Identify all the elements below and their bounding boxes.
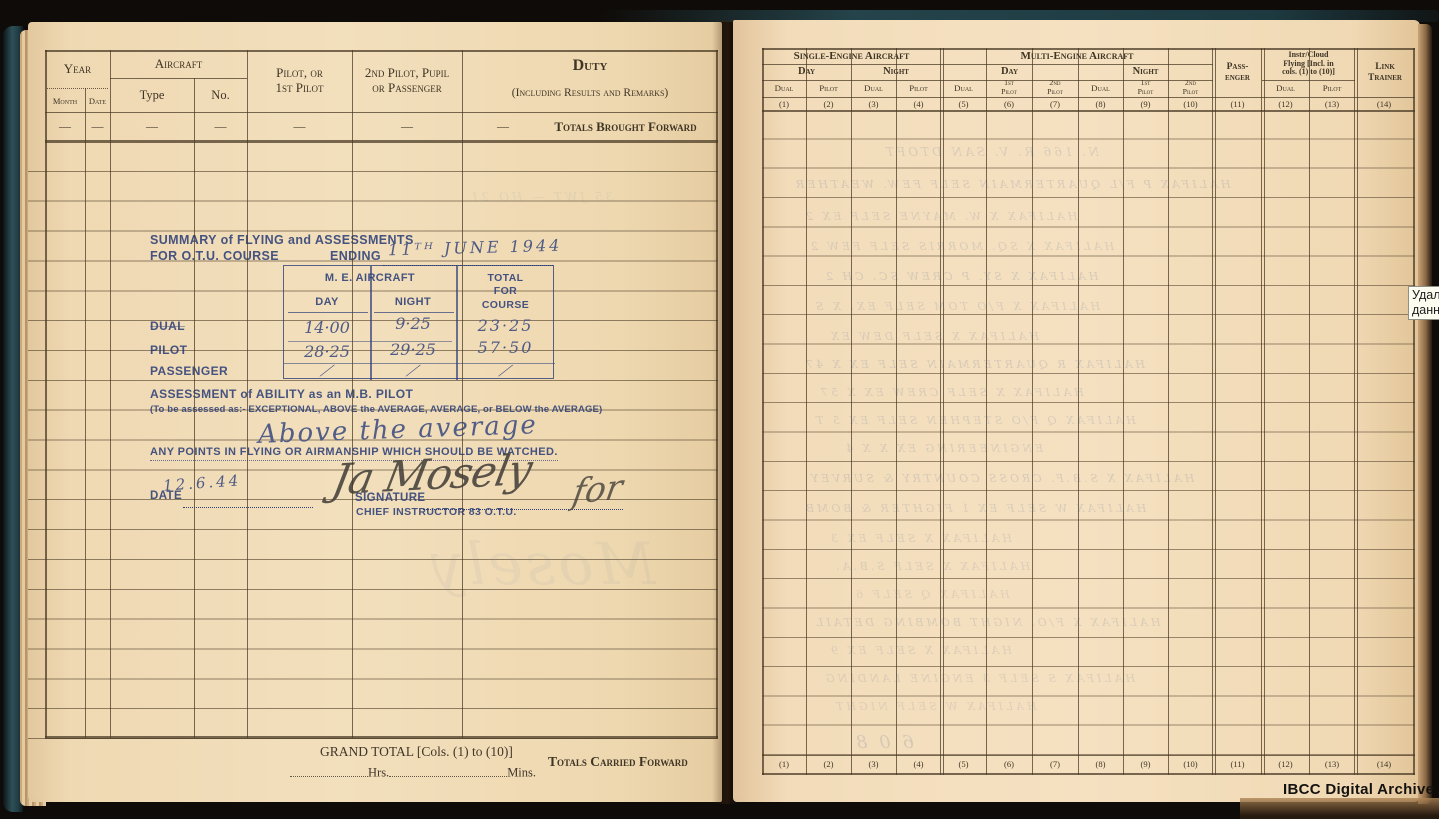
grid-line <box>851 48 852 775</box>
summary-col-night: NIGHT <box>370 294 456 310</box>
col-header-aircraft: Aircraft <box>110 50 247 78</box>
summary-col-total: TOTAL FOR COURSE <box>456 268 555 316</box>
mins-label: Mins. <box>507 766 536 780</box>
footer-col-number: (2) <box>806 757 851 771</box>
bleedthrough-text: HALIFAX X SELF EX 9 <box>828 644 1012 657</box>
footer-col-number: (10) <box>1168 757 1213 771</box>
date-dotted-line <box>183 492 313 508</box>
grid-line <box>45 112 718 113</box>
grid-line <box>762 773 1415 775</box>
summary-table: M. E. AIRCRAFT DAY NIGHT TOTAL FOR COURS… <box>283 265 554 379</box>
bleedthrough-text: 6 0 8 <box>853 732 914 753</box>
grid-line <box>762 80 1213 81</box>
bleedthrough-text: HALIFAX X SELF EX 3 <box>828 532 1012 545</box>
grid-line <box>762 64 1213 65</box>
grid-line <box>1078 48 1079 775</box>
col-number: (2) <box>806 97 851 111</box>
grid-line <box>1212 48 1216 775</box>
grid-line <box>85 88 86 738</box>
summary-passenger-total: ⁄ <box>452 362 559 380</box>
tooltip-line-2: данн <box>1412 303 1439 318</box>
footer-col-number: (4) <box>896 757 941 771</box>
grid-line <box>762 48 764 775</box>
col-number: (11) <box>1213 97 1262 111</box>
grid-line <box>1123 48 1124 775</box>
grid-line <box>762 97 1415 98</box>
grid-line <box>247 50 248 738</box>
logbook-right-page: Single-Engine Aircraft Multi-Engine Airc… <box>733 20 1420 802</box>
footer-col-number: (9) <box>1123 757 1168 771</box>
hrs-dotted-line <box>290 764 368 777</box>
grid-line <box>1354 48 1358 775</box>
grid-line <box>462 50 463 738</box>
col-number: (14) <box>1355 97 1413 111</box>
tbf-dash: — <box>473 114 533 140</box>
col-label-6: 1st Pilot <box>986 79 1032 97</box>
summary-col-group: M. E. AIRCRAFT <box>284 268 456 288</box>
footer-col-number: (12) <box>1262 757 1309 771</box>
grid-line <box>762 755 1415 756</box>
bleedthrough-text: HALIFAX W SELF NIGHT <box>833 700 1037 713</box>
footer-col-number: (14) <box>1355 757 1413 771</box>
grid-line <box>1168 48 1169 775</box>
col-header-no: No. <box>194 78 247 112</box>
summary-pilot-day: 28·25 <box>284 340 370 364</box>
footer-col-number: (13) <box>1309 757 1355 771</box>
footer-col-number: (7) <box>1032 757 1078 771</box>
grid-line <box>806 48 807 775</box>
tbf-dash: — <box>352 114 462 140</box>
grid-line <box>896 48 897 775</box>
col-header-2nd-pilot: 2nd Pilot, Pupil or Passenger <box>352 50 462 112</box>
grid-line <box>45 140 718 143</box>
summary-passenger-night: ⁄ <box>366 362 460 380</box>
col-number: (12) <box>1262 97 1309 111</box>
col-label-3: Dual <box>851 80 896 97</box>
summary-dual-night: 9·25 <box>370 312 456 336</box>
grid-line <box>1262 80 1355 81</box>
bleedthrough-text: HALIFAX S SELF 3 ENGINE LANDING <box>823 672 1135 685</box>
col-header-duty-sub: (Including Results and Remarks) <box>462 80 718 106</box>
col-label-2: Pilot <box>806 80 851 97</box>
summary-pilot-night: 29·25 <box>370 338 456 362</box>
tbf-dash: — <box>85 114 110 140</box>
col-number: (5) <box>941 97 986 111</box>
col-label-4: Pilot <box>896 80 941 97</box>
col-number: (10) <box>1168 97 1213 111</box>
scanned-logbook-photo: Year Month Date Aircraft Type No. Pilot,… <box>0 0 1439 819</box>
totals-brought-forward-label: Totals Brought Forward <box>533 114 718 140</box>
col-label-9: 1st Pilot <box>1123 79 1168 97</box>
col-number: (7) <box>1032 97 1078 111</box>
grid-line <box>45 50 718 52</box>
col-label-5: Dual <box>941 80 986 97</box>
col-header-type: Type <box>110 78 194 112</box>
footer-col-number: (3) <box>851 757 896 771</box>
grid-line <box>194 78 195 738</box>
bleedthrough-text: HALIFAX X S.B.F. CROSS COUNTRY & SURVEY <box>808 472 1194 485</box>
grid-line <box>940 48 944 775</box>
grid-line <box>45 736 718 739</box>
grand-total-label: GRAND TOTAL [Cols. (1) to (10)] <box>320 744 513 760</box>
col-header-date: Date <box>85 92 110 112</box>
col-label-13: Pilot <box>1309 80 1355 97</box>
footer-col-number: (6) <box>986 757 1032 771</box>
col-number: (8) <box>1078 97 1123 111</box>
col-header-duty: Duty <box>462 52 718 80</box>
summary-title: SUMMARY of FLYING and ASSESSMENTS <box>150 233 414 247</box>
footer-col-number: (8) <box>1078 757 1123 771</box>
archive-watermark: IBCC Digital Archive <box>1283 781 1434 798</box>
grid-line <box>986 48 987 775</box>
tbf-dash: — <box>194 114 247 140</box>
bleedthrough-text: HALIFAX R QUARTERMAIN SELF EX X 47 <box>803 358 1145 371</box>
group-link-trainer: Link Trainer <box>1355 48 1415 97</box>
grid-line <box>45 50 47 738</box>
bleedthrough-text: HALIFAX X SY. P CREW SC. CH 2 <box>823 270 1098 283</box>
group-multi-engine: Multi-Engine Aircraft <box>941 48 1213 64</box>
summary-row-pilot: PILOT <box>150 343 187 357</box>
col-header-year: Year <box>45 50 110 88</box>
mins-dotted-line <box>389 764 507 777</box>
tbf-dash: — <box>247 114 352 140</box>
grand-total-fill-line: Hrs.Mins. <box>290 764 536 781</box>
summary-col-day: DAY <box>284 294 370 310</box>
bleedthrough-text: HALIFAX Q F/O STEPHEN SELF EX 5 T <box>813 414 1136 427</box>
footer-col-number: (11) <box>1213 757 1262 771</box>
hrs-label: Hrs. <box>368 766 389 780</box>
summary-dual-day: 14·00 <box>284 316 370 340</box>
bleedthrough-text: HALIFAX X SQ. MORRIS SELF FEW 2 <box>808 240 1114 253</box>
logbook-left-page: Year Month Date Aircraft Type No. Pilot,… <box>28 22 722 802</box>
grid-line <box>110 50 111 738</box>
date-label: DATE <box>150 490 182 502</box>
grid-line <box>762 110 1415 112</box>
col-label-8: Dual <box>1078 80 1123 97</box>
grid-line <box>110 78 247 79</box>
col-label-10: 2nd Pilot <box>1168 79 1213 97</box>
page-stack-right-edge <box>1418 24 1432 804</box>
bleedthrough-text: HALIFAX W SELF EX 1 FIGHTER & BOMB <box>803 502 1146 515</box>
col-label-1: Dual <box>762 80 806 97</box>
col-number: (4) <box>896 97 941 111</box>
totals-carried-forward-label: Totals Carried Forward <box>548 754 688 770</box>
grid-line <box>1261 48 1265 775</box>
assessment-title: ASSESSMENT of ABILITY as an M.B. PILOT <box>150 387 413 401</box>
bleedthrough-text: N. 166 R. V. SAN DTOFT <box>883 145 1099 159</box>
grid-line <box>1309 48 1310 775</box>
summary-dual-total: 23·25 <box>456 314 555 338</box>
bleedthrough-text: HALIFAX X F/O TOM SELF EX. X S <box>813 300 1100 313</box>
col-header-pilot: Pilot, or 1st Pilot <box>247 50 352 112</box>
summary-pilot-total: 57·50 <box>456 336 555 360</box>
col-number: (3) <box>851 97 896 111</box>
summary-passenger-day: ⁄ <box>280 362 374 380</box>
grid-line <box>1032 48 1033 775</box>
grid-line <box>352 50 353 738</box>
tbf-dash: — <box>110 114 194 140</box>
bleedthrough-text: 35 JWT — HO 21 <box>468 190 613 204</box>
summary-row-dual: DUAL <box>150 319 185 333</box>
col-number: (13) <box>1309 97 1355 111</box>
bleedthrough-text: HALIFAX X SELF CREW EX X 57 <box>818 386 1084 399</box>
grid-line <box>762 48 1415 50</box>
tbf-dash: — <box>45 114 85 140</box>
translation-tooltip: Удал данн <box>1408 286 1439 320</box>
col-number: (1) <box>762 97 806 111</box>
year-dotted-line <box>47 88 108 89</box>
signer-title: CHIEF INSTRUCTOR 83 O.T.U. <box>356 506 517 518</box>
row-lines <box>762 110 1415 755</box>
col-number: (9) <box>1123 97 1168 111</box>
col-header-month: Month <box>45 92 85 112</box>
col-label-7: 2nd Pilot <box>1032 79 1078 97</box>
footer-col-number: (5) <box>941 757 986 771</box>
bleedthrough-text: HALIFAX X SELF DEW EX <box>828 330 1039 343</box>
tooltip-line-1: Удал <box>1412 288 1439 303</box>
bleedthrough-text: HALIFAX X SELF S.B.A. <box>833 560 1030 573</box>
summary-ending-label: ENDING <box>330 249 381 263</box>
col-number: (6) <box>986 97 1032 111</box>
signature-suffix: for <box>570 467 626 513</box>
footer-col-number: (1) <box>762 757 806 771</box>
summary-row-passenger: PASSENGER <box>150 364 228 378</box>
bottom-right-page-edge <box>1240 798 1439 819</box>
group-passenger: Pass- enger <box>1213 48 1262 97</box>
col-label-12: Dual <box>1262 80 1309 97</box>
summary-course-label: FOR O.T.U. COURSE <box>150 249 279 263</box>
bleedthrough-text: HALIFAX P F/L QUARTERMAIN SELF FEW. WEAT… <box>793 178 1230 191</box>
grid-line <box>1413 48 1415 775</box>
